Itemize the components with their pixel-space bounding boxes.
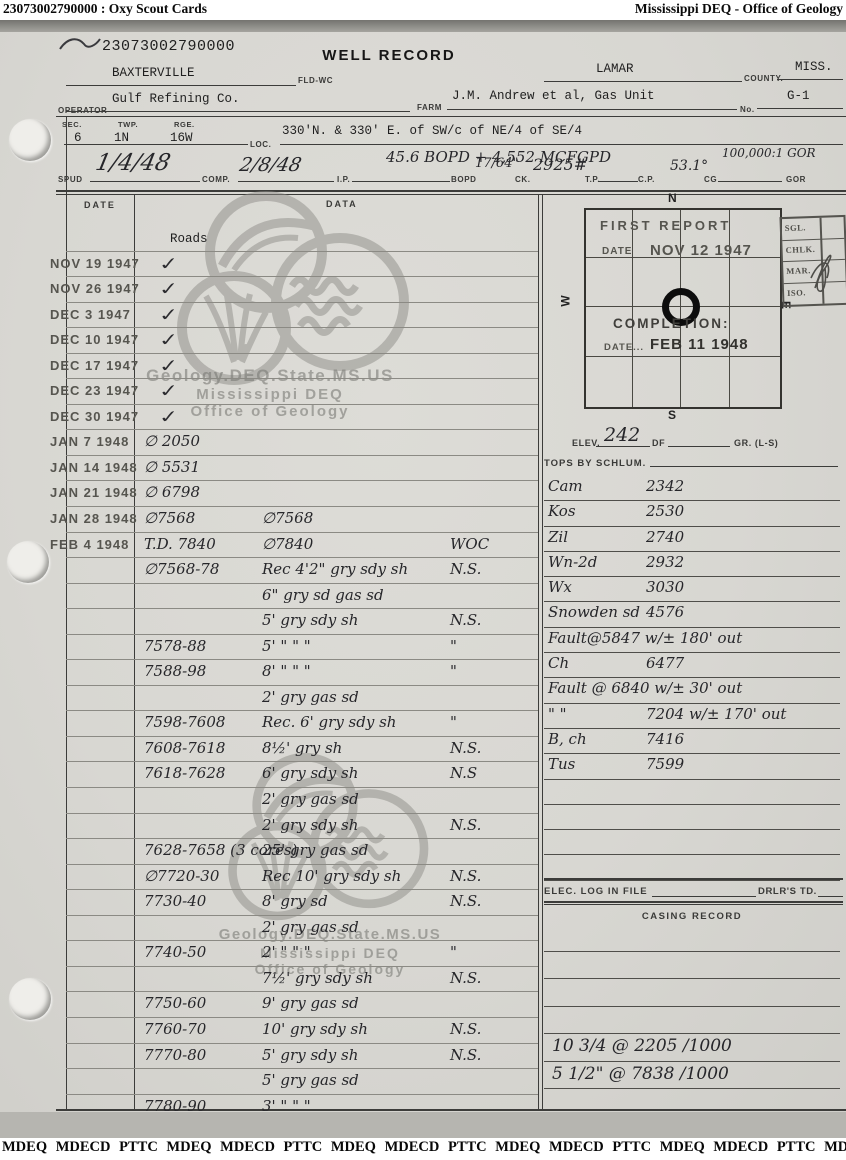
first-report-date: NOV 12 1947 — [650, 242, 752, 259]
show-indicator: N.S. — [450, 892, 481, 910]
completion-date: FEB 11 1948 — [650, 336, 749, 353]
show-indicator: N.S. — [450, 611, 481, 629]
log-row: DEC 17 1947 ✓ — [66, 354, 538, 380]
checkmark: ✓ — [157, 380, 180, 403]
log-row: 7608-7618 8½' gry sh N.S. — [66, 737, 538, 763]
sample-description: Rec 10' gry sdy sh — [262, 867, 401, 885]
casing-record-label: CASING RECORD — [544, 911, 840, 922]
log-row: ∅7720-30 Rec 10' gry sdy sh N.S. — [66, 865, 538, 891]
log-row: 2' gry gas sd — [66, 788, 538, 814]
twp-value: 1N — [114, 131, 129, 145]
date-stamp: DEC 23 1947 — [50, 383, 139, 398]
sample-description: 8½' gry sh — [262, 739, 342, 757]
date-stamp: NOV 19 1947 — [50, 256, 140, 271]
depth-entry: 7760-70 — [144, 1020, 206, 1038]
casing-row — [544, 952, 840, 980]
show-indicator: N.S. — [450, 816, 481, 834]
log-row: 7618-7628 6' gry sdy sh N.S — [66, 762, 538, 788]
log-row: 7628-7658 (3 cores) 25' gry gas sd — [66, 839, 538, 865]
log-row: ∅7568-78 Rec 4'2" gry sdy sh N.S. — [66, 558, 538, 584]
log-row: JAN 7 1948 ∅ 2050 — [66, 430, 538, 456]
pen-scribble — [781, 216, 843, 306]
tops-label: TOPS BY SCHLUM. — [544, 458, 646, 469]
state-value: MISS. — [795, 60, 833, 74]
operator-value: Gulf Refining Co. — [112, 92, 240, 106]
depth-entry: ∅ 2050 — [144, 432, 200, 450]
log-row: NOV 26 1947 ✓ — [66, 277, 538, 303]
depth-entry: 7608-7618 — [144, 739, 225, 757]
show-indicator: N.S. — [450, 867, 481, 885]
scan-edge-band — [0, 20, 846, 32]
show-indicator: " — [450, 943, 457, 961]
sample-description: 2' gry gas sd — [262, 688, 359, 706]
casing-record-list: 10 3/4 @ 2205 /1000 5 1/2" @ 7838 /1000 — [544, 924, 840, 1117]
show-indicator: WOC — [450, 535, 489, 553]
log-row: DEC 30 1947 ✓ — [66, 405, 538, 431]
date-stamp: JAN 21 1948 — [50, 485, 138, 500]
cp-label: C.P. — [638, 175, 655, 184]
checkmark: ✓ — [157, 303, 180, 326]
gravity-value: 53.1° — [670, 158, 708, 174]
well-no-label: No. — [740, 105, 755, 114]
sample-description: 5' gry gas sd — [262, 1071, 359, 1089]
log-row: NOV 19 1947 ✓ — [66, 252, 538, 278]
depth-entry: 7588-98 — [144, 662, 206, 680]
formation-depth: 4576 — [646, 603, 684, 621]
well-no-value: G-1 — [787, 89, 810, 103]
show-indicator: N.S. — [450, 969, 481, 987]
gor-value: 100,000:1 GOR — [722, 146, 816, 160]
log-row: 7750-60 9' gry gas sd — [66, 992, 538, 1018]
tops-row: Kos 2530 — [544, 501, 840, 526]
depth-entry: 7730-40 — [144, 892, 206, 910]
tops-row: " " 7204 w/± 170' out — [544, 704, 840, 729]
df-label: DF — [652, 438, 665, 448]
date-stamp: NOV 26 1947 — [50, 281, 140, 296]
formation-name: B, ch — [548, 730, 587, 748]
formation-name: Fault@5847 w/± 180' out — [548, 629, 742, 647]
scan-edge-band — [0, 1112, 846, 1138]
log-row: 7770-80 5' gry sdy sh N.S. — [66, 1044, 538, 1070]
rge-value: 16W — [170, 131, 193, 145]
log-row: 5' gry sdy sh N.S. — [66, 609, 538, 635]
sample-description: 8' gry sd — [262, 892, 328, 910]
log-row: 2' gry gas sd — [66, 686, 538, 712]
date-stamp: JAN 7 1948 — [50, 434, 129, 449]
show-indicator: " — [450, 713, 457, 731]
well-record-card: 23073002790000 WELL RECORD BAXTERVILLE F… — [0, 32, 846, 1112]
tops-row: Fault@5847 w/± 180' out — [544, 628, 840, 653]
formation-name: Zil — [548, 528, 568, 546]
sample-description: 5' gry sdy sh — [262, 1046, 358, 1064]
spud-date: 1/4/48 — [93, 150, 173, 176]
log-row: 6" gry sd gas sd — [66, 584, 538, 610]
log-row: DEC 10 1947 ✓ — [66, 328, 538, 354]
date-stamp: FEB 4 1948 — [50, 537, 129, 552]
log-row: 5' gry gas sd — [66, 1069, 538, 1095]
depth-entry: ∅7720-30 — [144, 867, 219, 885]
rge-label: RGE. — [174, 120, 195, 129]
show-indicator: N.S. — [450, 1020, 481, 1038]
checkmark: ✓ — [157, 354, 180, 377]
drilling-log-table: Roads NOV 19 1947 ✓ NOV 26 1947 ✓ — [66, 226, 538, 1146]
sample-description: 5' " " " — [262, 637, 311, 655]
gr-label: GR. (L-S) — [734, 438, 778, 448]
depth-entry: ∅7568-78 — [144, 560, 219, 578]
first-report-stamp: FIRST REPORT — [600, 218, 731, 233]
loc-label: LOC. — [250, 140, 272, 149]
sample-description: ∅7840 — [262, 535, 313, 553]
depth-entry: 7740-50 — [144, 943, 206, 961]
depth-entry: 7578-88 — [144, 637, 206, 655]
sample-description: 2' " " " — [262, 943, 311, 961]
casing-row: 10 3/4 @ 2205 /1000 — [544, 1034, 840, 1062]
sample-description: 2' gry sdy sh — [262, 816, 358, 834]
sample-description: 9' gry gas sd — [262, 994, 359, 1012]
show-indicator: N.S. — [450, 1046, 481, 1064]
gor-label: GOR — [786, 175, 806, 184]
form-title: WELL RECORD — [299, 47, 479, 64]
completion-stamp: COMPLETION: — [613, 316, 730, 331]
log-row: 7760-70 10' gry sdy sh N.S. — [66, 1018, 538, 1044]
bopd-label: BOPD — [451, 175, 477, 184]
tops-row: Snowden sd 4576 — [544, 602, 840, 627]
formation-tops-list: Cam 2342 Kos 2530 Zil 2740 Wn-2d 2932 Wx… — [544, 476, 840, 881]
sec-value: 6 — [74, 131, 82, 145]
casing-row — [544, 979, 840, 1007]
tops-row: Fault @ 6840 w/± 30' out — [544, 678, 840, 703]
casing-row: 5 1/2" @ 7838 /1000 — [544, 1062, 840, 1090]
farm-label: FARM — [417, 103, 442, 112]
date-stamp: DEC 17 1947 — [50, 358, 139, 373]
sample-description: 7½' gry sdy sh — [262, 969, 373, 987]
show-indicator: N.S. — [450, 739, 481, 757]
cg-label: CG — [704, 175, 717, 184]
checkmark: ✓ — [157, 406, 180, 429]
formation-name: Ch — [548, 654, 569, 672]
formation-name: Wx — [548, 578, 572, 596]
viewer-header-right: Mississippi DEQ - Office of Geology — [635, 1, 843, 17]
formation-depth: 3030 — [646, 578, 684, 596]
formation-depth: 6477 — [646, 654, 684, 672]
log-row: 7730-40 8' gry sd N.S. — [66, 890, 538, 916]
ck-label: CK. — [515, 175, 531, 184]
log-row: JAN 14 1948 ∅ 5531 — [66, 456, 538, 482]
tops-row: B, ch 7416 — [544, 729, 840, 754]
log-row: 2' gry sdy sh N.S. — [66, 814, 538, 840]
depth-entry: 7750-60 — [144, 994, 206, 1012]
formation-depth: 2342 — [646, 477, 684, 495]
sample-description: 8' " " " — [262, 662, 311, 680]
county-value: LAMAR — [596, 62, 634, 76]
tops-row — [544, 780, 840, 805]
formation-depth: 2740 — [646, 528, 684, 546]
depth-entry: ∅ 6798 — [144, 483, 200, 501]
punch-hole — [9, 119, 51, 161]
log-row: Roads — [66, 226, 538, 252]
formation-name: Wn-2d — [548, 553, 597, 571]
viewer-header-bar: 23073002790000 : Oxy Scout Cards Mississ… — [0, 0, 846, 20]
api-number: 23073002790000 — [102, 38, 235, 55]
viewer-footer-bar: MDEQ MDECD PTTC MDEQ MDECD PTTC MDEQ MDE… — [0, 1138, 846, 1160]
comp-label: COMP. — [202, 175, 230, 184]
tops-row — [544, 830, 840, 855]
date-stamp: DEC 3 1947 — [50, 307, 131, 322]
spud-label: SPUD — [58, 175, 83, 184]
plat-west-label: W — [559, 295, 573, 306]
comp-date: 2/8/48 — [238, 154, 304, 176]
formation-depth: 2530 — [646, 502, 684, 520]
date-stamp: JAN 28 1948 — [50, 511, 138, 526]
sample-description: 10' gry sdy sh — [262, 1020, 368, 1038]
depth-entry: 7598-7608 — [144, 713, 225, 731]
tops-row: Wn-2d 2932 — [544, 552, 840, 577]
depth-entry: ∅ 5531 — [144, 458, 200, 476]
formation-depth: 7204 w/± 170' out — [646, 705, 786, 723]
checkmark: ✓ — [157, 278, 180, 301]
formation-name: Tus — [548, 755, 575, 773]
tubing-pressure: 2925# — [533, 155, 587, 174]
tops-row: Ch 6477 — [544, 653, 840, 678]
viewer-footer-text: MDEQ MDECD PTTC MDEQ MDECD PTTC MDEQ MDE… — [2, 1139, 846, 1156]
plat-south-label: S — [668, 408, 676, 422]
formation-name: Fault @ 6840 w/± 30' out — [548, 679, 742, 697]
sample-description: 2' gry gas sd — [262, 918, 359, 936]
log-row: 2' gry gas sd — [66, 916, 538, 942]
date-column-header: DATE — [84, 200, 116, 210]
log-row: JAN 28 1948 ∅7568 ∅7568 — [66, 507, 538, 533]
elec-log-label: ELEC. LOG IN FILE — [544, 886, 648, 897]
tp-label: T.P. — [585, 175, 600, 184]
sample-description: 6" gry sd gas sd — [262, 586, 384, 604]
log-row: DEC 23 1947 ✓ — [66, 379, 538, 405]
tops-row: Zil 2740 — [544, 527, 840, 552]
typed-note: Roads — [170, 232, 208, 246]
depth-entry: 7618-7628 — [144, 764, 225, 782]
tops-row — [544, 805, 840, 830]
formation-depth: 7416 — [646, 730, 684, 748]
plat-north-label: N — [668, 191, 677, 205]
show-indicator: " — [450, 637, 457, 655]
drlr-td-label: DRLR'S TD. — [758, 886, 817, 897]
log-row: 7½' gry sdy sh N.S. — [66, 967, 538, 993]
punch-hole — [9, 978, 51, 1020]
log-row: FEB 4 1948 T.D. 7840 ∅7840 WOC — [66, 533, 538, 559]
log-row: 7740-50 2' " " " " — [66, 941, 538, 967]
casing-entry: 10 3/4 @ 2205 /1000 — [552, 1036, 732, 1056]
formation-name: " " — [548, 705, 567, 723]
sample-description: 2' gry gas sd — [262, 790, 359, 808]
loc-value: 330'N. & 330' E. of SW/c of NE/4 of SE/4 — [282, 124, 582, 138]
formation-name: Cam — [548, 477, 583, 495]
log-row: 7598-7608 Rec. 6' gry sdy sh " — [66, 711, 538, 737]
date-stamp: JAN 14 1948 — [50, 460, 138, 475]
sample-description: 6' gry sdy sh — [262, 764, 358, 782]
completion-date-label: DATE... — [604, 342, 644, 353]
farm-value: J.M. Andrew et al, Gas Unit — [452, 89, 655, 103]
twp-label: TWP. — [118, 120, 138, 129]
depth-entry: 7770-80 — [144, 1046, 206, 1064]
formation-name: Kos — [548, 502, 576, 520]
ip-label: I.P. — [337, 175, 350, 184]
log-row: JAN 21 1948 ∅ 6798 — [66, 481, 538, 507]
field-name-value: BAXTERVILLE — [112, 66, 195, 80]
tops-row — [544, 855, 840, 880]
formation-name: Snowden sd — [548, 603, 640, 621]
field-label: FLD-WC — [298, 76, 333, 85]
sample-description: 25' gry gas sd — [262, 841, 368, 859]
checkmark: ✓ — [157, 252, 180, 275]
choke-size: 17/64" — [475, 156, 518, 171]
date-stamp: DEC 30 1947 — [50, 409, 139, 424]
punch-hole — [7, 541, 49, 583]
log-row: 7588-98 8' " " " " — [66, 660, 538, 686]
sec-label: SEC. — [62, 120, 82, 129]
checkmark: ✓ — [157, 329, 180, 352]
casing-row — [544, 924, 840, 952]
log-row: 7578-88 5' " " " " — [66, 635, 538, 661]
show-indicator: N.S — [450, 764, 477, 782]
log-row: DEC 3 1947 ✓ — [66, 303, 538, 329]
show-indicator: " — [450, 662, 457, 680]
sample-description: ∅7568 — [262, 509, 313, 527]
casing-entry: 5 1/2" @ 7838 /1000 — [552, 1064, 729, 1084]
formation-depth: 2932 — [646, 553, 684, 571]
date-stamp: DEC 10 1947 — [50, 332, 139, 347]
formation-depth: 7599 — [646, 755, 684, 773]
first-report-date-label: DATE — [602, 246, 632, 257]
show-indicator: N.S. — [450, 560, 481, 578]
sample-description: 5' gry sdy sh — [262, 611, 358, 629]
tops-row: Tus 7599 — [544, 754, 840, 779]
elev-value: 242 — [604, 424, 640, 446]
depth-entry: T.D. 7840 — [144, 535, 216, 553]
sample-description: Rec. 6' gry sdy sh — [262, 713, 396, 731]
tops-row: Wx 3030 — [544, 577, 840, 602]
depth-entry: ∅7568 — [144, 509, 195, 527]
viewer-header-left: 23073002790000 : Oxy Scout Cards — [3, 1, 207, 17]
casing-row — [544, 1007, 840, 1035]
tops-row: Cam 2342 — [544, 476, 840, 501]
pen-mark — [56, 34, 102, 54]
sample-description: Rec 4'2" gry sdy sh — [262, 560, 408, 578]
